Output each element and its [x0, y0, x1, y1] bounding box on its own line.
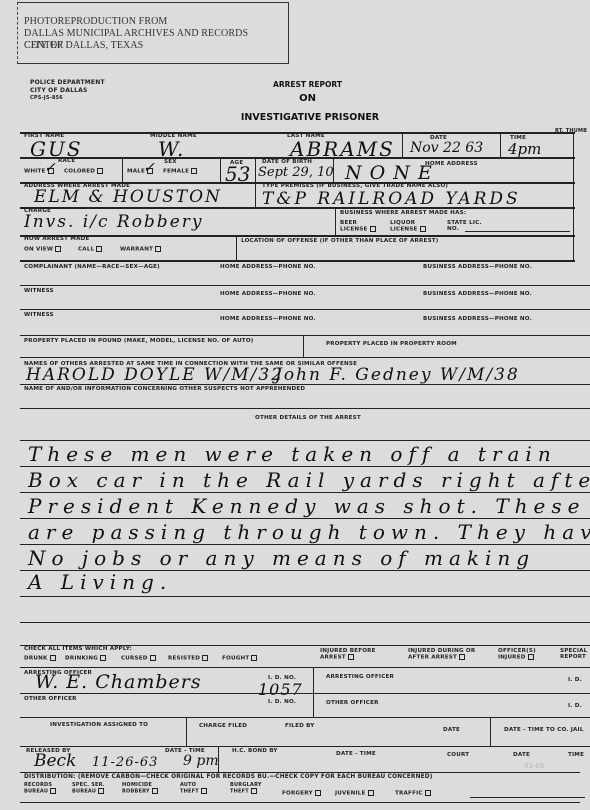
liquor-license-label: LIQUOR LICENSE [390, 220, 418, 233]
ruled-line [20, 518, 590, 519]
sex-label: SEX [164, 159, 177, 165]
special-report-label: SPECIAL REPORT [560, 648, 590, 660]
records-bureau-option[interactable]: RECORDS BUREAU [24, 782, 60, 795]
officers-injured-option[interactable]: OFFICER(S) INJURED [498, 648, 543, 661]
juvenile-option[interactable]: JUVENILE [335, 790, 374, 797]
homicide-robbery-option[interactable]: HOMICIDE ROBBERY [122, 782, 166, 795]
auto-theft-option[interactable]: AUTO THEFT [180, 782, 214, 795]
row-divider [20, 408, 590, 409]
colored-checkbox[interactable] [97, 168, 103, 174]
archive-stamp: PHOTOREPRODUCTION FROM DALLAS MUNICIPAL … [17, 2, 289, 64]
white-label: WHITE [24, 169, 46, 175]
charge-value[interactable]: Invs. i/c Robbery [24, 212, 203, 232]
forgery-checkbox[interactable] [315, 790, 321, 796]
ruled-line [20, 622, 590, 623]
row-divider [20, 357, 590, 358]
business-where-label: BUSINESS WHERE ARREST MADE HAS: [340, 210, 466, 216]
traffic-option[interactable]: TRAFFIC [395, 790, 431, 797]
injured-before-option[interactable]: INJURED BEFORE ARREST [320, 648, 380, 661]
narrative-line-1[interactable]: These men were taken off a train [28, 442, 557, 466]
state-lic-field[interactable] [465, 231, 570, 232]
court-date-label: DATE [513, 752, 530, 758]
other-suspects-label: NAME OF AND/OR INFORMATION CONCERNING OT… [24, 386, 305, 392]
row-divider [20, 309, 590, 310]
race-label: RACE [58, 158, 75, 164]
bond-datetime-label: DATE - TIME [336, 751, 376, 757]
narrative-line-2[interactable]: Box car in the Rail yards right after [28, 468, 590, 492]
narrative-line-4[interactable]: are passing through town. They have [28, 520, 590, 544]
time-value[interactable]: 4pm [508, 140, 541, 158]
property-pound-label: PROPERTY PLACED IN POUND (MAKE, MODEL, L… [24, 338, 254, 344]
ruled-line [20, 440, 590, 441]
sex-female-option[interactable]: FEMALE [163, 168, 197, 175]
others-arrested-value-2[interactable]: John F. Gedney W/M/38 [275, 365, 520, 385]
fought-checkbox[interactable] [251, 655, 257, 661]
home-address-value[interactable]: NONE [345, 162, 440, 184]
witness-2-label: WITNESS [24, 312, 54, 318]
drunk-option[interactable]: DRUNK [24, 655, 56, 662]
arresting-officer-2-label: ARRESTING OFFICER [326, 674, 394, 680]
check-all-label: CHECK ALL ITEMS WHICH APPLY: [24, 646, 132, 652]
witness-1-home-label: HOME ADDRESS—PHONE NO. [220, 291, 316, 297]
row-divider [20, 802, 580, 803]
row-divider [20, 335, 590, 336]
witness-2-business-label: BUSINESS ADDRESS—PHONE NO. [423, 316, 532, 322]
court-time-label: TIME [568, 752, 584, 758]
on-view-checkbox[interactable] [55, 246, 61, 252]
drunk-checkbox[interactable] [50, 655, 56, 661]
row-divider [20, 717, 590, 718]
ruled-line [20, 596, 590, 597]
last-name-value[interactable]: ABRAMS [290, 137, 395, 161]
complainant-business-label: BUSINESS ADDRESS—PHONE NO. [423, 264, 532, 270]
filed-date-label: DATE [443, 727, 460, 733]
on-view-option[interactable]: ON VIEW [24, 246, 61, 253]
auto-theft-label: AUTO THEFT [180, 782, 199, 795]
drinking-label: DRINKING [65, 656, 98, 662]
row-divider [20, 693, 590, 694]
race-colored-option[interactable]: COLORED [64, 168, 103, 175]
col-divider [255, 157, 256, 207]
juvenile-label: JUVENILE [335, 791, 366, 797]
report-title: ARREST REPORT [240, 80, 375, 89]
row-divider [20, 285, 590, 286]
witness-2-home-label: HOME ADDRESS—PHONE NO. [220, 316, 316, 322]
dept-city: CITY OF DALLAS [30, 87, 88, 94]
injured-during-option[interactable]: INJURED DURING OR AFTER ARREST [408, 648, 488, 661]
investigation-label: INVESTIGATION ASSIGNED TO [50, 722, 148, 728]
released-time-value[interactable]: 9 pm [183, 753, 219, 769]
cursed-label: CURSED [121, 656, 148, 662]
middle-name-value[interactable]: W. [158, 137, 185, 161]
juvenile-checkbox[interactable] [368, 790, 374, 796]
col-divider [313, 667, 314, 717]
age-value[interactable]: 53 [225, 162, 250, 186]
burglary-theft-checkbox[interactable] [251, 788, 257, 794]
ruled-line [20, 544, 590, 545]
female-label: FEMALE [163, 169, 189, 175]
liquor-license-option[interactable]: LIQUOR LICENSE [390, 220, 438, 233]
colored-label: COLORED [64, 169, 95, 175]
type-premises-value[interactable]: T&P RAILROAD YARDS [262, 189, 521, 209]
resisted-checkbox[interactable] [202, 655, 208, 661]
traffic-checkbox[interactable] [425, 790, 431, 796]
narrative-line-5[interactable]: No jobs or any means of making [28, 546, 535, 570]
court-label: COURT [447, 752, 469, 758]
spec-ser-checkbox[interactable] [98, 788, 104, 794]
date-time-jail-label: DATE - TIME TO CO. JAIL [504, 727, 584, 733]
released-by-value[interactable]: Beck [34, 751, 76, 771]
spec-ser-option[interactable]: SPEC. SER. BUREAU [72, 782, 110, 795]
col-divider [236, 235, 237, 260]
row-divider [20, 746, 590, 747]
forgery-option[interactable]: FORGERY [282, 790, 321, 797]
address-arrest-value[interactable]: ELM & HOUSTON [34, 187, 222, 207]
warrant-label: WARRANT [120, 247, 153, 253]
ruled-line [20, 466, 590, 467]
beer-license-option[interactable]: BEER LICENSE [340, 220, 380, 233]
released-date-value[interactable]: 11-26-63 [92, 755, 158, 770]
traffic-label: TRAFFIC [395, 791, 423, 797]
col-divider [490, 717, 491, 746]
dept-name: POLICE DEPARTMENT [30, 79, 105, 86]
cursed-checkbox[interactable] [150, 655, 156, 661]
drinking-checkbox[interactable] [100, 655, 106, 661]
how-arrest-label: HOW ARREST MADE [24, 236, 89, 242]
stamp-line-1: PHOTOREPRODUCTION FROM [24, 16, 167, 28]
location-offense-label: LOCATION OF OFFENSE (IF OTHER THAN PLACE… [241, 238, 439, 244]
witness-1-label: WITNESS [24, 288, 54, 294]
call-label: CALL [78, 247, 94, 253]
report-title-on: ON [240, 93, 375, 104]
col-divider [122, 157, 123, 182]
complainant-home-label: HOME ADDRESS—PHONE NO. [220, 264, 316, 270]
col-divider [220, 157, 221, 182]
female-checkbox[interactable] [191, 168, 197, 174]
auto-theft-checkbox[interactable] [201, 788, 207, 794]
officers-injured-checkbox[interactable] [528, 654, 534, 660]
faded-note: 83-66 [524, 762, 544, 770]
injured-during-checkbox[interactable] [459, 654, 465, 660]
arresting-id-value[interactable]: 1057 [258, 680, 303, 699]
other-officer-2-id-label: I. D. [568, 703, 582, 709]
cursed-option[interactable]: CURSED [121, 655, 156, 662]
injured-before-checkbox[interactable] [348, 654, 354, 660]
narrative-line-3[interactable]: President Kennedy was shot. These men [28, 494, 590, 518]
drinking-option[interactable]: DRINKING [65, 655, 106, 662]
row-divider [20, 260, 575, 262]
other-details-label: OTHER DETAILS OF THE ARREST [255, 415, 361, 421]
complainant-label: COMPLAINANT (NAME—RACE—SEX—AGE) [24, 264, 160, 270]
witness-1-business-label: BUSINESS ADDRESS—PHONE NO. [423, 291, 532, 297]
burglary-theft-option[interactable]: BURGLARY THEFT [230, 782, 270, 795]
charge-filed-label: CHARGE FILED [199, 723, 247, 729]
on-view-label: ON VIEW [24, 247, 53, 253]
dob-value[interactable]: Sept 29, 10 [258, 165, 334, 180]
beer-license-label: BEER LICENSE [340, 220, 368, 233]
ruled-line [20, 492, 590, 493]
col-divider [303, 335, 304, 357]
records-bureau-label: RECORDS BUREAU [24, 782, 52, 795]
stamp-line-3: CITY OF DALLAS, TEXAS [24, 40, 143, 52]
injured-during-label: INJURED DURING OR AFTER ARREST [408, 648, 475, 661]
form-number: CPS-JS-856 [30, 95, 63, 101]
records-bureau-checkbox[interactable] [50, 788, 56, 794]
filed-by-label: FILED BY [285, 723, 315, 729]
distribution-label: DISTRIBUTION: (REMOVE CARBON—CHECK ORIGI… [24, 774, 433, 780]
property-room-label: PROPERTY PLACED IN PROPERTY ROOM [326, 341, 457, 347]
other-bureau-field[interactable] [470, 797, 585, 798]
fought-label: FOUGHT [222, 656, 249, 662]
liquor-license-checkbox[interactable] [420, 226, 426, 232]
fought-option[interactable]: FOUGHT [222, 655, 257, 662]
other-officer-label: OTHER OFFICER [24, 696, 77, 702]
narrative-line-6[interactable]: A Living. [28, 570, 172, 594]
thumb-box-border [573, 132, 574, 260]
others-arrested-value-1[interactable]: HAROLD DOYLE W/M/32 [26, 365, 284, 385]
call-checkbox[interactable] [96, 246, 102, 252]
beer-license-checkbox[interactable] [370, 226, 376, 232]
homicide-robbery-label: HOMICIDE ROBBERY [122, 782, 152, 795]
col-divider [335, 207, 336, 235]
forgery-label: FORGERY [282, 791, 313, 797]
other-officer-id-label: I. D. NO. [268, 699, 296, 705]
col-divider [402, 132, 403, 157]
homicide-robbery-checkbox[interactable] [152, 788, 158, 794]
row-divider [20, 235, 575, 237]
arresting-officer-2-id-label: I. D. [568, 677, 582, 683]
resisted-label: RESISTED [168, 656, 200, 662]
hc-bond-label: H.C. BOND BY [232, 748, 278, 754]
burglary-theft-label: BURGLARY THEFT [230, 782, 262, 795]
resisted-option[interactable]: RESISTED [168, 655, 208, 662]
race-check-mark: ✓ [44, 160, 58, 176]
row-divider [20, 667, 590, 668]
report-subtitle: INVESTIGATIVE PRISONER [225, 112, 395, 123]
warrant-option[interactable]: WARRANT [120, 246, 161, 253]
call-option[interactable]: CALL [78, 246, 102, 253]
col-divider [500, 132, 501, 157]
date-value[interactable]: Nov 22 63 [410, 140, 483, 156]
drunk-label: DRUNK [24, 656, 48, 662]
row-divider [20, 384, 590, 385]
other-officer-2-label: OTHER OFFICER [326, 700, 379, 706]
col-divider [186, 717, 187, 746]
arresting-officer-value[interactable]: W. E. Chambers [35, 671, 202, 693]
sex-check-mark: ✓ [143, 160, 157, 176]
warrant-checkbox[interactable] [155, 246, 161, 252]
